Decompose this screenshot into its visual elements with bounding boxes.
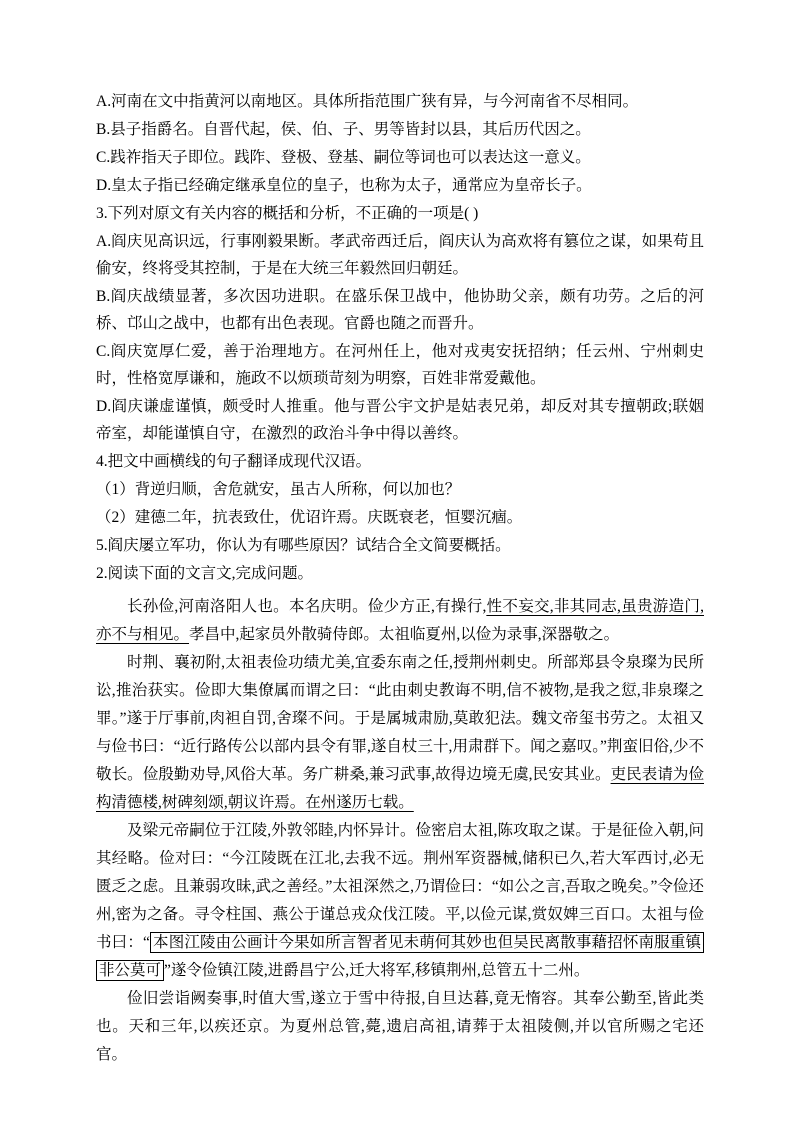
question-3-option-d: D.阎庆谦虚谨慎，颇受时人推重。他与晋公宇文护是姑表兄弟，却反对其专擅朝政;联姻… [96, 393, 704, 447]
question-4-stem: 4.把文中画横线的句子翻译成现代汉语。 [96, 448, 704, 475]
culture-option-d: D.皇太子指已经确定继承皇位的皇子，也称为太子，通常应为皇帝长子。 [96, 172, 704, 199]
passage-paragraph-2: 时荆、襄初附,太祖表俭功绩尤美,宜委东南之任,授荆州刺史。所部郑县令泉璨为民所讼… [96, 649, 704, 817]
passage-text: ”遂令俭镇江陵,进爵昌宁公,迁大将军,移镇荆州,总管五十二州。 [164, 962, 589, 979]
question-3-section: 3.下列对原文有关内容的概括和分析，不正确的一项是( ) A.阎庆见高识远，行事… [96, 200, 704, 447]
culture-option-a: A.河南在文中指黄河以南地区。具体所指范围广狭有异，与今河南省不尽相同。 [96, 88, 704, 115]
question-3-option-b: B.阎庆战绩显著，多次因功进职。在盛乐保卫战中，他协助父亲，颇有功劳。之后的河桥… [96, 283, 704, 337]
passage-paragraph-1: 长孙俭,河南洛阳人也。本名庆明。俭少方正,有操行,性不妄交,非其同志,虽贵游造门… [96, 593, 704, 649]
question-5-stem: 5.阎庆屡立军功，你认为有哪些原因？试结合全文简要概括。 [96, 532, 704, 559]
question-3-option-a: A.阎庆见高识远，行事刚毅果断。孝武帝西迁后，阎庆认为高欢将有篡位之谋，如果苟且… [96, 228, 704, 282]
translation-item-2: （2）建德二年，抗表致仕，优诏许焉。庆既衰老，恒婴沉痼。 [96, 504, 704, 531]
question-4-section: 4.把文中画横线的句子翻译成现代汉语。 （1）背逆归顺，舍危就安，虽古人所称，何… [96, 448, 704, 531]
option-label: C. [96, 149, 110, 166]
exam-document-page: A.河南在文中指黄河以南地区。具体所指范围广狭有异，与今河南省不尽相同。 B.县… [0, 0, 794, 1123]
passage-paragraph-3: 及梁元帝嗣位于江陵,外敦邻睦,内怀异计。俭密启太祖,陈攻取之谋。于是征俭入朝,问… [96, 817, 704, 985]
option-label: D. [96, 398, 111, 415]
passage-text: 孝昌中,起家员外散骑侍郎。太祖临夏州,以俭为录事,深器敬之。 [189, 626, 619, 643]
passage-text: 时荆、襄初附,太祖表俭功绩尤美,宜委东南之任,授荆州刺史。所部郑县令泉璨为民所讼… [96, 654, 704, 783]
option-text: 阎庆谦虚谨慎，颇受时人推重。他与晋公宇文护是姑表兄弟，却反对其专擅朝政;联姻帝室… [96, 398, 704, 442]
question-3-stem: 3.下列对原文有关内容的概括和分析，不正确的一项是( ) [96, 200, 704, 227]
option-text: 县子指爵名。自晋代起，侯、伯、子、男等皆封以县，其后历代因之。 [110, 121, 591, 138]
passage-text: 长孙俭,河南洛阳人也。本名庆明。俭少方正,有操行, [127, 598, 486, 615]
option-text: 阎庆战绩显著，多次因功进职。在盛乐保卫战中，他协助父亲，颇有功劳。之后的河桥、邙… [96, 288, 704, 332]
option-text: 阎庆宽厚仁爱，善于治理地方。在河州任上，他对戎夷安抚招纳；任云州、宁州刺史时，性… [96, 343, 704, 387]
option-label: A. [96, 93, 111, 110]
classical-passage: 长孙俭,河南洛阳人也。本名庆明。俭少方正,有操行,性不妄交,非其同志,虽贵游造门… [96, 593, 704, 1069]
option-text: 阎庆见高识远，行事刚毅果断。孝武帝西迁后，阎庆认为高欢将有篡位之谋，如果苟且偷安… [96, 233, 704, 277]
option-label: B. [96, 288, 110, 305]
passage-text: 俭旧尝诣阙奏事,时值大雪,遂立于雪中待报,自旦达暮,竟无惰容。其奉公勤至,皆此类… [96, 990, 704, 1063]
option-text: 皇太子指已经确定继承皇位的皇子，也称为太子，通常应为皇帝长子。 [111, 177, 592, 194]
option-text: 河南在文中指黄河以南地区。具体所指范围广狭有异，与今河南省不尽相同。 [111, 93, 638, 110]
passage-paragraph-4: 俭旧尝诣阙奏事,时值大雪,遂立于雪中待报,自旦达暮,竟无惰容。其奉公勤至,皆此类… [96, 985, 704, 1069]
question-3-option-c: C.阎庆宽厚仁爱，善于治理地方。在河州任上，他对戎夷安抚招纳；任云州、宁州刺史时… [96, 338, 704, 392]
option-label: B. [96, 121, 110, 138]
option-label: C. [96, 343, 110, 360]
question-5-section: 5.阎庆屡立军功，你认为有哪些原因？试结合全文简要概括。 [96, 532, 704, 559]
option-label: A. [96, 233, 111, 250]
option-text: 践祚指天子即位。践阼、登极、登基、嗣位等词也可以表达这一意义。 [110, 149, 591, 166]
question-2-intro: 2.阅读下面的文言文,完成问题。 [96, 560, 704, 587]
option-label: D. [96, 177, 111, 194]
question-2-section: 2.阅读下面的文言文,完成问题。 [96, 560, 704, 587]
culture-option-c: C.践祚指天子即位。践阼、登极、登基、嗣位等词也可以表达这一意义。 [96, 144, 704, 171]
translation-item-1: （1）背逆归顺，舍危就安，虽古人所称，何以加也？ [96, 476, 704, 503]
culture-options-section: A.河南在文中指黄河以南地区。具体所指范围广狭有异，与今河南省不尽相同。 B.县… [96, 88, 704, 199]
culture-option-b: B.县子指爵名。自晋代起，侯、伯、子、男等皆封以县，其后历代因之。 [96, 116, 704, 143]
